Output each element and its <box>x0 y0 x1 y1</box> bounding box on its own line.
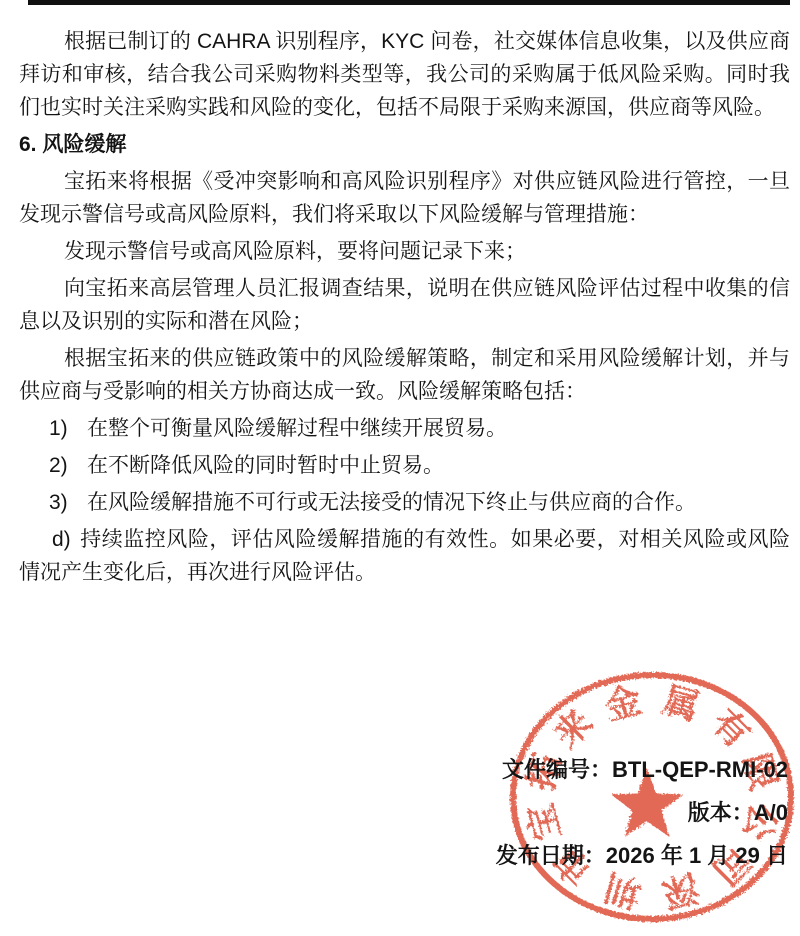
list-item-text: 在风险缓解措施不可行或无法接受的情况下终止与供应商的合作。 <box>87 491 696 514</box>
paragraph-mitigation-plan: 根据宝拓来的供应链政策中的风险缓解策略，制定和采用风险缓解计划，并与供应商与受影… <box>19 342 790 408</box>
doc-number-value: BTL-QEP-RMI-02 <box>612 757 788 782</box>
document-page: 根据已制订的 CAHRA 识别程序，KYC 问卷，社交媒体信息收集，以及供应商拜… <box>0 0 800 936</box>
list-item-text: 在整个可衡量风险缓解过程中继续开展贸易。 <box>87 417 507 440</box>
version-label: 版本： <box>688 800 754 825</box>
list-item-text: 在不断降低风险的同时暂时中止贸易。 <box>87 454 444 477</box>
issue-date-value: 2026 年 1 月 29 日 <box>606 843 788 868</box>
list-item: 1)在整个可衡量风险缓解过程中继续开展贸易。 <box>19 412 790 445</box>
list-marker: 1) <box>49 412 87 445</box>
issue-date-label: 发布日期： <box>496 843 606 868</box>
version-value: A/0 <box>754 800 788 825</box>
document-footer: 文件编号：BTL-QEP-RMI-02 版本：A/0 发布日期：2026 年 1… <box>496 748 788 877</box>
paragraph-continuous-monitoring: d)持续监控风险，评估风险缓解措施的有效性。如果必要，对相关风险或风险情况产生变… <box>19 523 790 589</box>
issue-date-row: 发布日期：2026 年 1 月 29 日 <box>496 834 788 877</box>
list-marker: d) <box>52 528 71 551</box>
section-heading-risk-mitigation: 6. 风险缓解 <box>19 128 790 161</box>
list-marker: 2) <box>49 449 87 482</box>
paragraph-record-issues: 发现示警信号或高风险原料，要将问题记录下来； <box>19 235 790 268</box>
version-row: 版本：A/0 <box>496 791 788 834</box>
svg-text:金: 金 <box>600 679 645 728</box>
paragraph-text: 持续监控风险，评估风险缓解措施的有效性。如果必要，对相关风险或风险情况产生变化后… <box>19 528 790 584</box>
document-body: 根据已制订的 CAHRA 识别程序，KYC 问卷，社交媒体信息收集，以及供应商拜… <box>19 5 790 593</box>
paragraph-risk-level: 根据已制订的 CAHRA 识别程序，KYC 问卷，社交媒体信息收集，以及供应商拜… <box>19 25 790 124</box>
list-item: 2)在不断降低风险的同时暂时中止贸易。 <box>19 449 790 482</box>
paragraph-report-management: 向宝拓来高层管理人员汇报调查结果，说明在供应链风险评估过程中收集的信息以及识别的… <box>19 272 790 338</box>
doc-number-label: 文件编号： <box>502 757 612 782</box>
doc-number-row: 文件编号：BTL-QEP-RMI-02 <box>496 748 788 791</box>
list-marker: 3) <box>49 486 87 519</box>
paragraph-control-intro: 宝拓来将根据《受冲突影响和高风险识别程序》对供应链风险进行管控，一旦发现示警信号… <box>19 165 790 231</box>
list-item: 3)在风险缓解措施不可行或无法接受的情况下终止与供应商的合作。 <box>19 486 790 519</box>
svg-text:属: 属 <box>658 679 703 728</box>
